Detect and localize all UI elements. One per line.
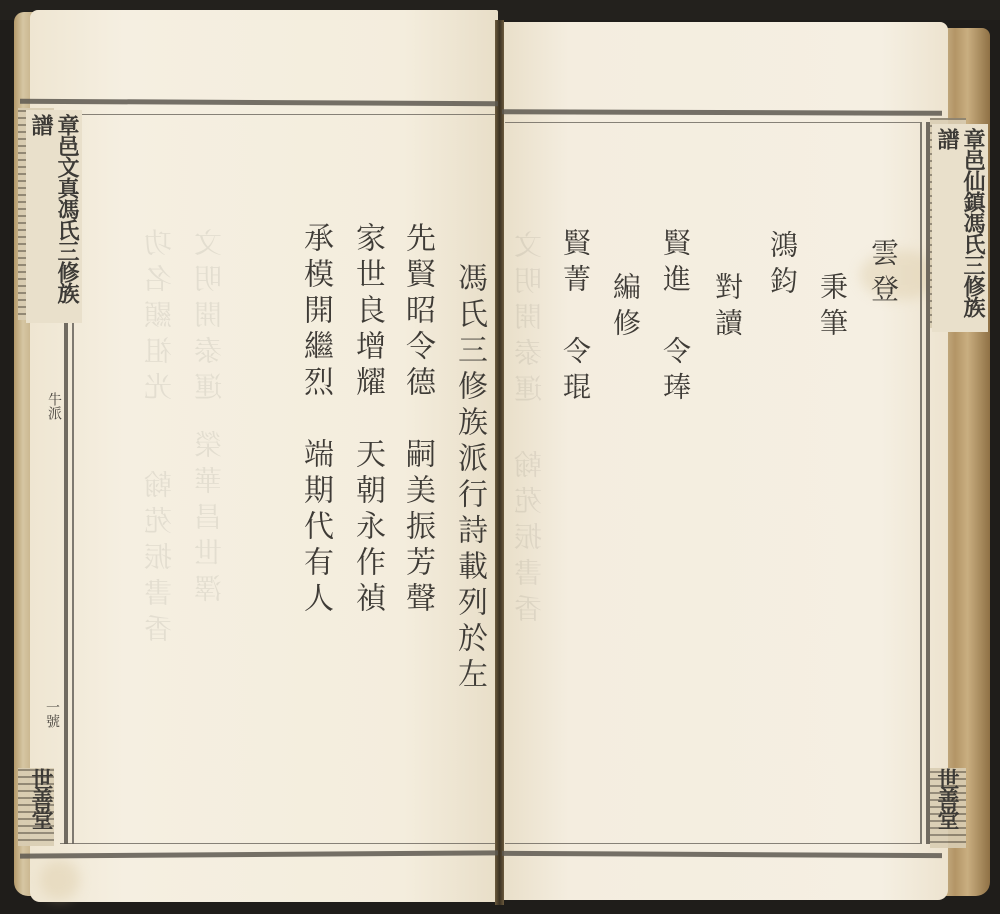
bleed-through-text: 文明開泰運 <box>190 228 230 408</box>
entry-column-1: 雲登 <box>866 238 900 310</box>
branch-note: 牛派 <box>44 392 64 420</box>
bleed-through-text: 榮華昌世澤 <box>190 430 230 610</box>
poem-line-column-3: 承模開繼烈 端期代有人 <box>298 222 332 618</box>
right-frame-top-inner-rule <box>505 122 920 123</box>
bleed-through-text: 翰苑振書香 <box>510 450 550 630</box>
right-frame-bottom-inner-rule <box>505 843 920 844</box>
entry-column-5: 賢進 令琫 <box>658 228 692 408</box>
poem-line-column-2: 家世良增耀 天朝永作禎 <box>350 222 384 618</box>
left-frame-top-inner-rule <box>70 114 495 115</box>
book-spread: 章邑文真馮氏三修族譜 牛派 一號 世善堂 文明開泰運 功名顯祖光 榮華昌世澤 翰… <box>0 0 1000 914</box>
entry-column-3: 鴻鈞 <box>765 230 799 302</box>
paper-stain <box>40 860 80 900</box>
entry-column-4: 對讀 <box>710 272 744 344</box>
right-banxin-title: 章邑仙鎮馮氏三修族譜 <box>932 124 988 332</box>
left-frame-bottom-inner-rule <box>60 843 495 844</box>
entry-column-7: 賢菁 令琨 <box>558 228 592 408</box>
poem-heading-column: 馮氏三修族派行詩載列於左 <box>452 262 486 694</box>
bleed-through-text: 翰苑振書香 <box>140 470 180 650</box>
right-hall-name: 世善堂 <box>934 768 960 828</box>
bleed-through-text: 文明開泰運 <box>510 230 550 410</box>
poem-line-column-1: 先賢昭令德 嗣美振芳聲 <box>400 222 434 618</box>
bleed-through-text: 功名顯祖光 <box>140 228 180 408</box>
left-hall-name: 世善堂 <box>28 768 54 828</box>
entry-column-2: 秉筆 <box>815 272 849 344</box>
right-page <box>502 22 948 900</box>
left-banxin-title: 章邑文真馮氏三修族譜 <box>26 110 82 323</box>
entry-column-6: 編修 <box>608 272 642 344</box>
volume-number-note: 一號 <box>42 700 62 728</box>
right-frame-inner-vertical <box>920 122 922 844</box>
book-gutter <box>495 20 504 905</box>
